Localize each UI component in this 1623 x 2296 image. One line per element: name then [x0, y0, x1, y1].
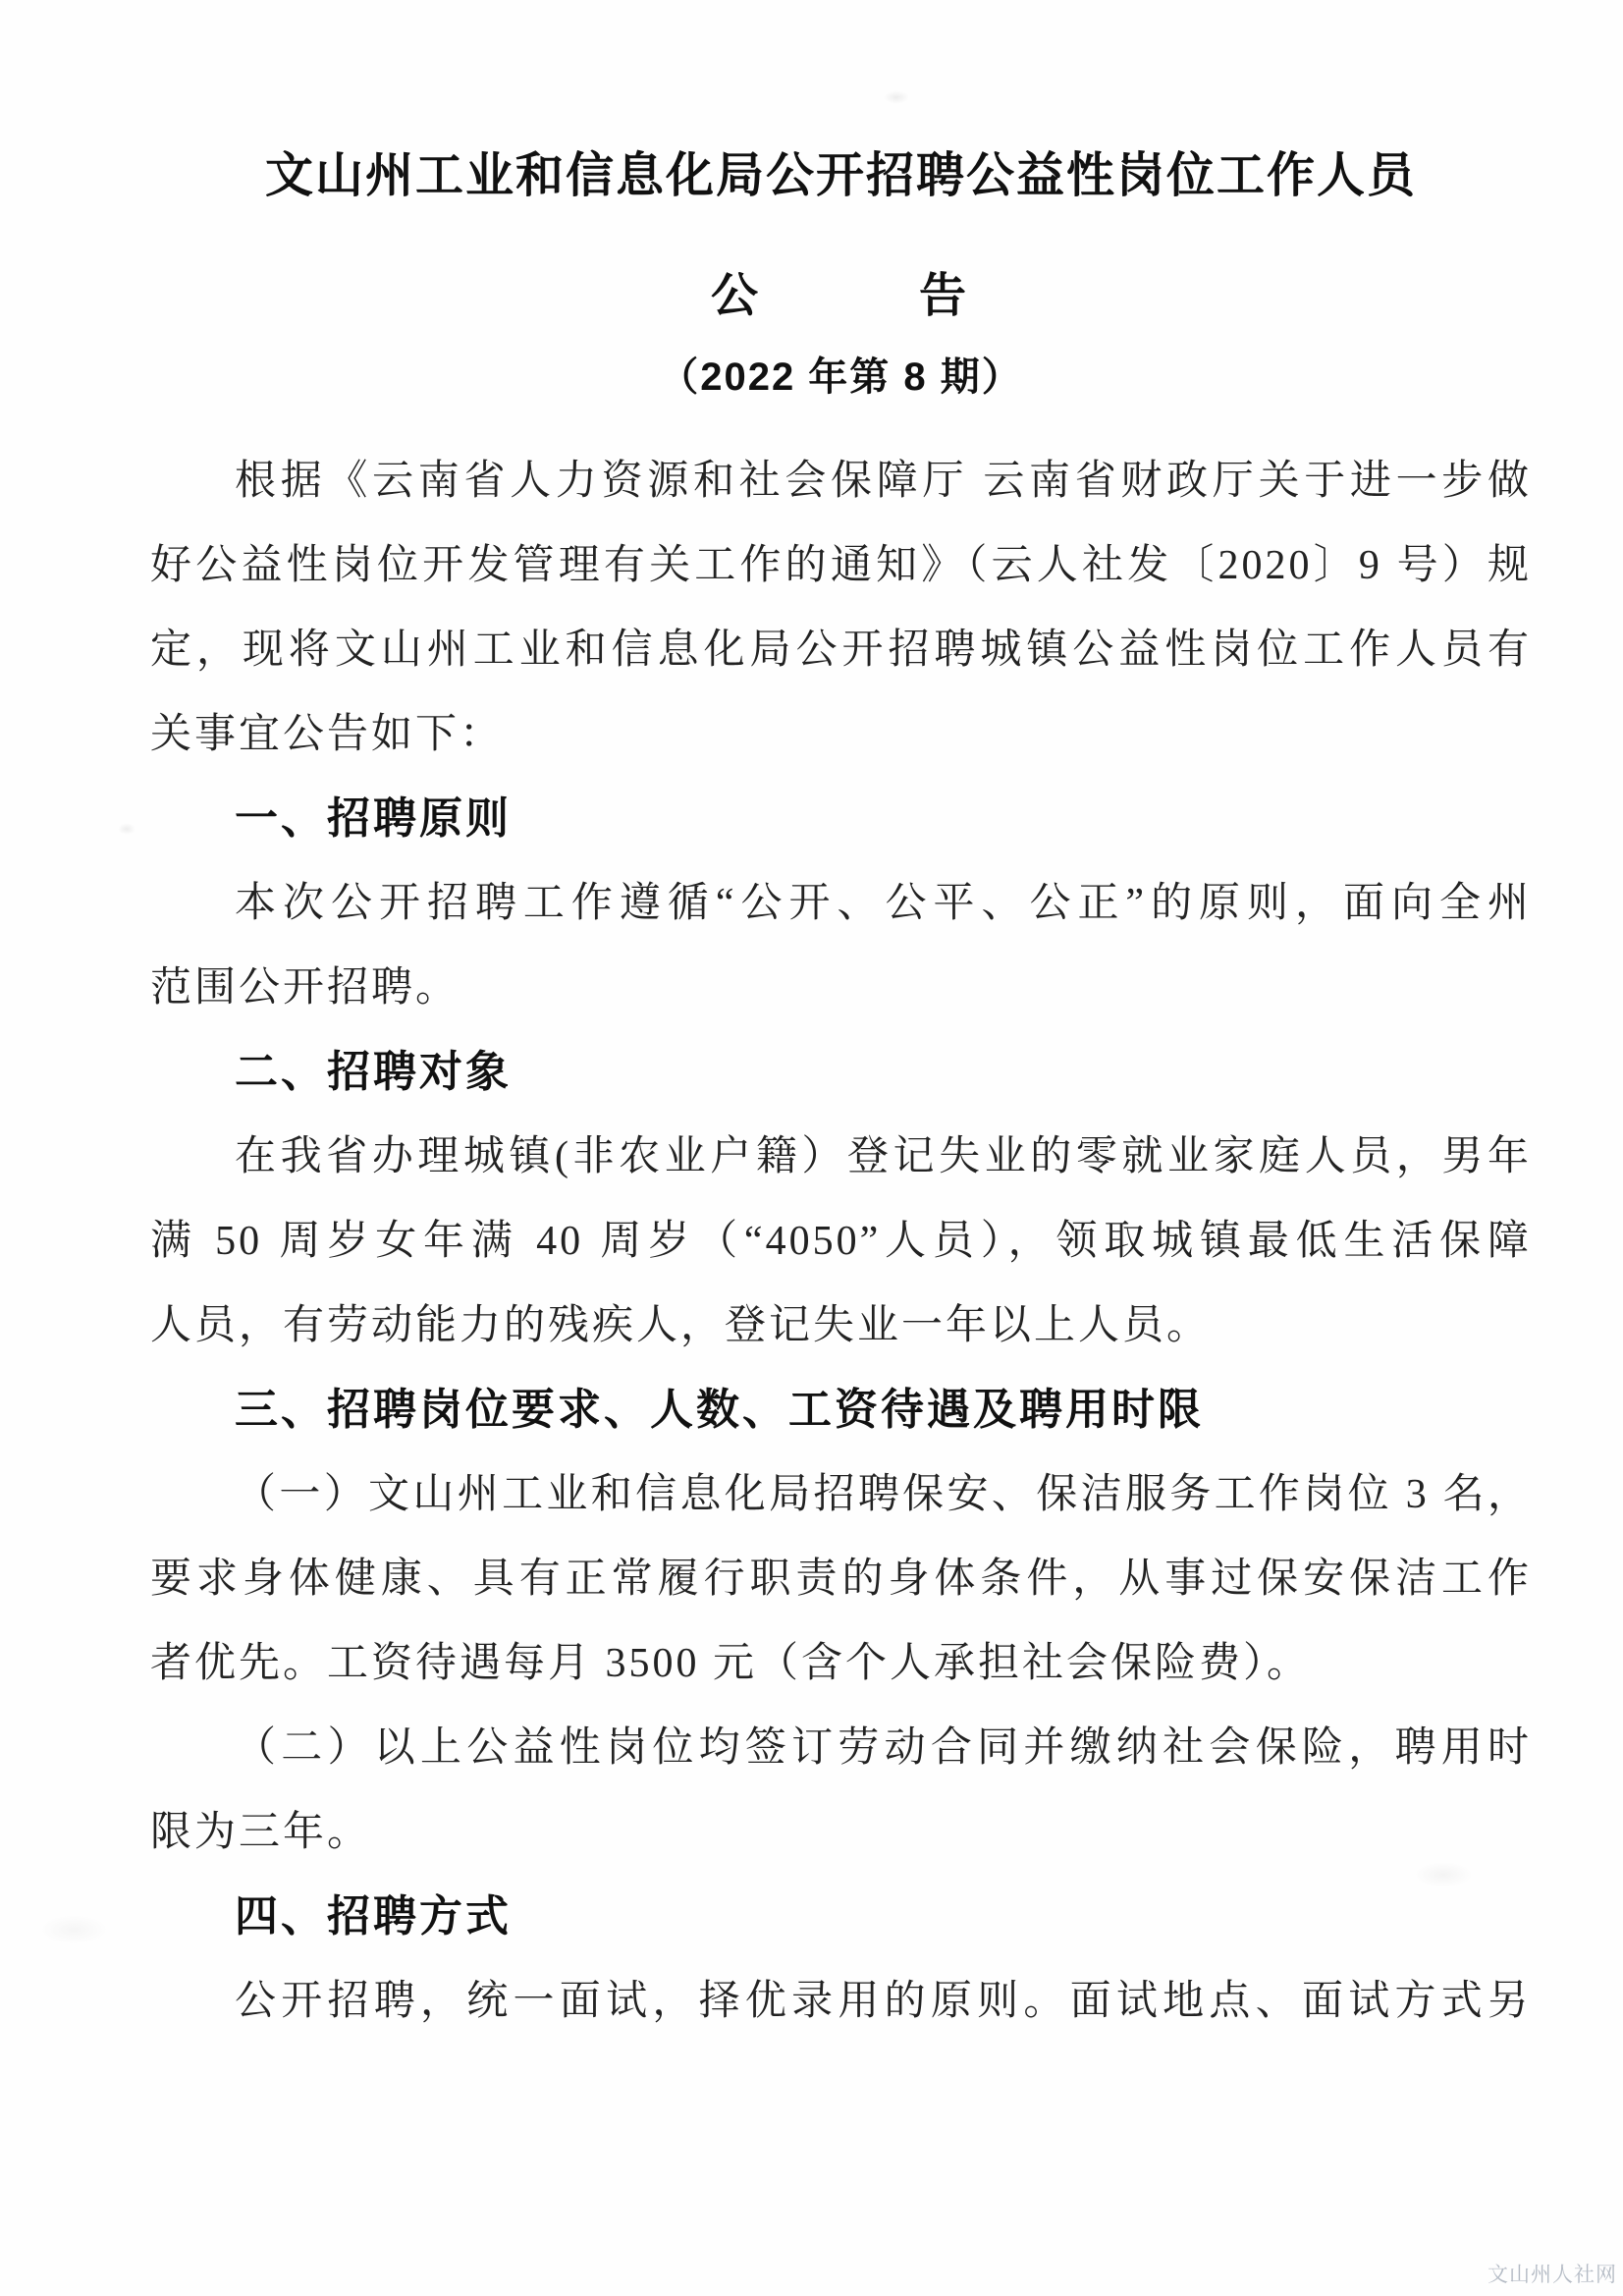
paragraph-line: 在我省办理城镇(非农业户籍）登记失业的零就业家庭人员，男年: [150, 1115, 1532, 1199]
paragraph-line: 满 50 周岁女年满 40 周岁（“4050”人员），领取城镇最低生活保障: [150, 1199, 1532, 1284]
paragraph-line: 关事宜公告如下：: [150, 692, 1532, 777]
paragraph-line: 根据《云南省人力资源和社会保障厅 云南省财政厅关于进一步做: [150, 439, 1532, 523]
paragraph-line: 限为三年。: [150, 1790, 1532, 1875]
section-heading: 一、招聘原则: [150, 777, 1532, 861]
scan-artifact: [118, 823, 135, 835]
issue-number: （2022 年第 8 期）: [150, 346, 1532, 402]
paragraph-line: 要求身体健康、具有正常履行职责的身体条件，从事过保安保洁工作: [150, 1537, 1532, 1621]
paragraph-line: 人员，有劳动能力的残疾人，登记失业一年以上人员。: [150, 1284, 1532, 1368]
paragraph-line: 者优先。工资待遇每月 3500 元（含个人承担社会保险费）。: [150, 1621, 1532, 1706]
paragraph-line: 公开招聘，统一面试，择优录用的原则。面试地点、面试方式另: [150, 1959, 1532, 2044]
document-body: 根据《云南省人力资源和社会保障厅 云南省财政厅关于进一步做好公益性岗位开发管理有…: [150, 439, 1532, 2044]
document-subtitle: 公 告: [150, 257, 1532, 325]
page-title: 文山州工业和信息化局公开招聘公益性岗位工作人员: [150, 137, 1532, 206]
paragraph-line: 好公益性岗位开发管理有关工作的通知》（云人社发〔2020〕9 号）规: [150, 523, 1532, 608]
section-heading: 三、招聘岗位要求、人数、工资待遇及聘用时限: [150, 1368, 1532, 1452]
section-heading: 四、招聘方式: [150, 1875, 1532, 1959]
site-watermark: 文山州人社网: [1488, 2259, 1617, 2288]
scan-artifact: [39, 1915, 108, 1944]
paragraph-line: 范围公开招聘。: [150, 946, 1532, 1030]
paragraph-line: 本次公开招聘工作遵循“公开、公平、公正”的原则，面向全州: [150, 861, 1532, 946]
scan-artifact: [884, 90, 909, 104]
paragraph-line: （二）以上公益性岗位均签订劳动合同并缴纳社会保险，聘用时: [150, 1706, 1532, 1790]
document-page: 文山州工业和信息化局公开招聘公益性岗位工作人员 公 告 （2022 年第 8 期…: [0, 0, 1623, 2296]
section-heading: 二、招聘对象: [150, 1030, 1532, 1115]
paragraph-line: 定，现将文山州工业和信息化局公开招聘城镇公益性岗位工作人员有: [150, 608, 1532, 692]
paragraph-line: （一）文山州工业和信息化局招聘保安、保洁服务工作岗位 3 名，: [150, 1452, 1532, 1537]
